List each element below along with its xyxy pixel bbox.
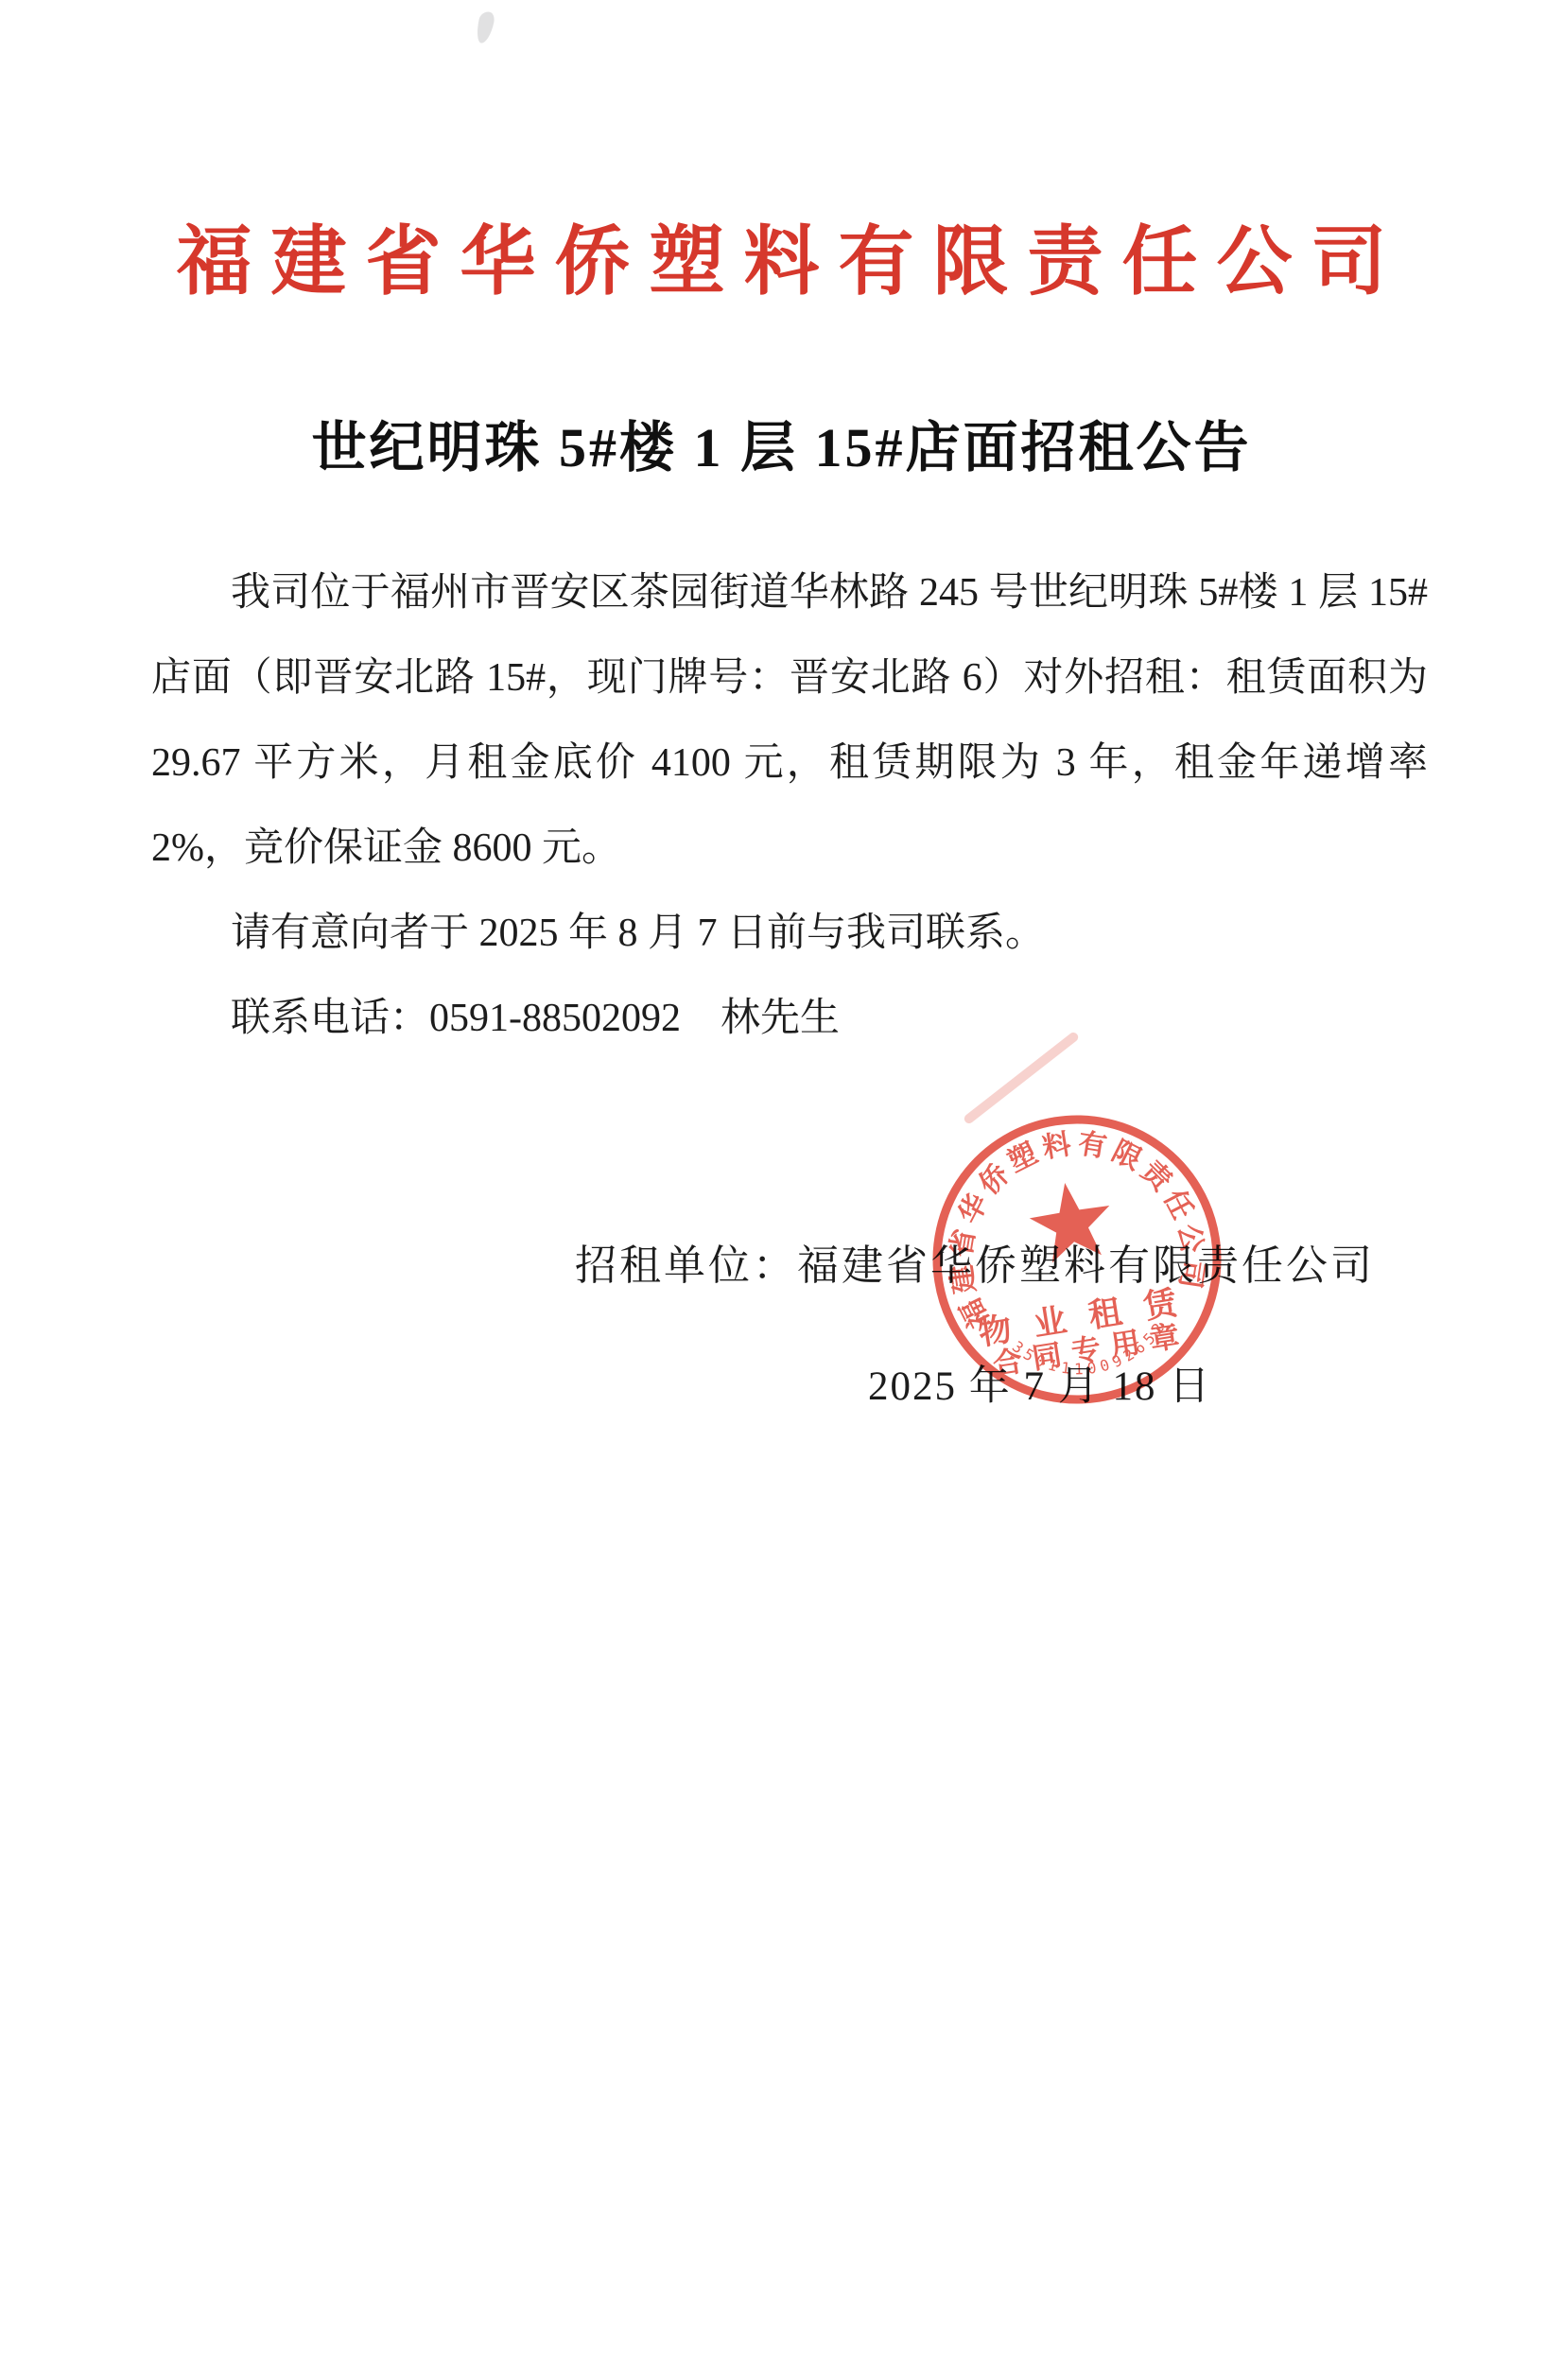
body-text: 我司位于福州市晋安区茶园街道华林路 245 号世纪明珠 5#楼 1 层 15#店…	[151, 550, 1428, 1061]
company-seal-stamp: 福建省华侨塑料有限责任公司 物业租赁 合同专用章 3501110092652	[919, 1095, 1235, 1430]
scan-artifact	[475, 10, 496, 45]
paragraph-contact-phone: 联系电话：0591-88502092 林先生	[151, 976, 1428, 1061]
paragraph-deadline: 请有意向者于 2025 年 8 月 7 日前与我司联系。	[151, 891, 1428, 976]
seal-star-icon	[1025, 1176, 1117, 1265]
signature-label: 招租单位：	[575, 1242, 797, 1289]
document-page: 福建省华侨塑料有限责任公司 世纪明珠 5#楼 1 层 15#店面招租公告 我司位…	[0, 0, 1563, 2380]
paragraph-rental-details: 我司位于福州市晋安区茶园街道华林路 245 号世纪明珠 5#楼 1 层 15#店…	[151, 550, 1428, 891]
company-letterhead: 福建省华侨塑料有限责任公司	[0, 200, 1563, 309]
document-title: 世纪明珠 5#楼 1 层 15#店面招租公告	[0, 403, 1563, 482]
seal-svg: 福建省华侨塑料有限责任公司 物业租赁 合同专用章 3501110092652	[919, 1095, 1235, 1430]
